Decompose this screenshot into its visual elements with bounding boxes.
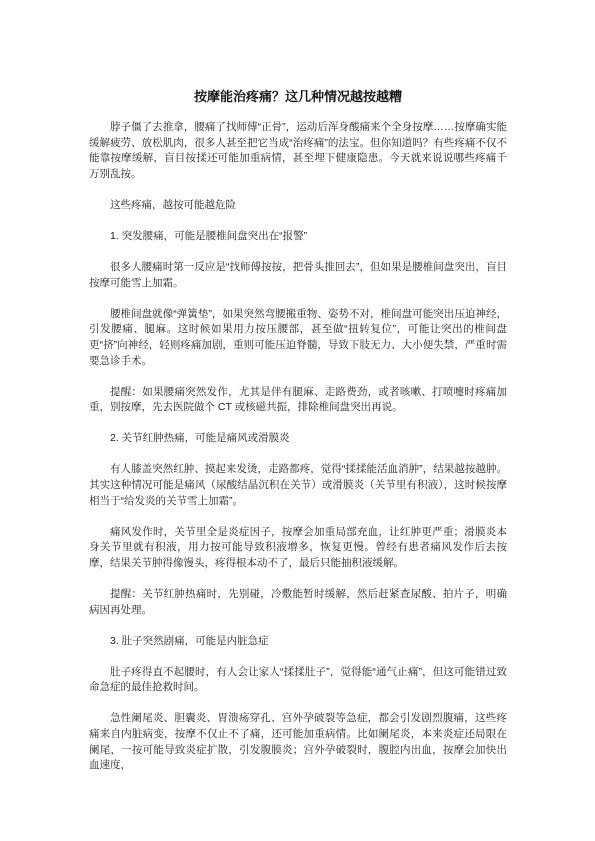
section-list-heading: 这些疼痛，越按可能越危险 xyxy=(89,198,507,214)
document-body: 脖子僵了去推拿，腰痛了找师傅“正骨”，运动后浑身酸痛来个全身按摩……按摩确实能缓… xyxy=(89,120,507,774)
document-title: 按摩能治疼痛？这几种情况越按越糟 xyxy=(89,88,507,105)
section-1-paragraph-1: 很多人腰痛时第一反应是“找师傅按按，把骨头推回去”，但如果是腰椎间盘突出，盲目按… xyxy=(89,260,507,291)
document-page: 按摩能治疼痛？这几种情况越按越糟 脖子僵了去推拿，腰痛了找师傅“正骨”，运动后浑… xyxy=(0,0,595,841)
section-1-tip: 提醒：如果腰痛突然发作，尤其是伴有腿麻、走路费劲，或者咳嗽、打喷嚏时疼痛加重，别… xyxy=(89,385,507,416)
section-2-paragraph-1: 有人膝盖突然红肿、摸起来发烫，走路都疼，觉得“揉揉能活血消肿”，结果越按越肿。其… xyxy=(89,462,507,509)
section-3-heading: 3. 肚子突然剧痛，可能是内脏急症 xyxy=(89,634,507,650)
section-1-heading: 1. 突发腰痛，可能是腰椎间盘突出在“报警” xyxy=(89,229,507,245)
section-1-paragraph-2: 腰椎间盘就像“弹簧垫”，如果突然弯腰搬重物、姿势不对，椎间盘可能突出压迫神经，引… xyxy=(89,307,507,369)
section-2-heading: 2. 关节红肿热痛，可能是痛风或滑膜炎 xyxy=(89,431,507,447)
intro-paragraph: 脖子僵了去推拿，腰痛了找师傅“正骨”，运动后浑身酸痛来个全身按摩……按摩确实能缓… xyxy=(89,120,507,182)
section-3-paragraph-1: 肚子疼得直不起腰时，有人会让家人“揉揉肚子”，觉得能“通气止痛”，但这可能错过致… xyxy=(89,665,507,696)
section-2-paragraph-2: 痛风发作时，关节里全是炎症因子，按摩会加重局部充血，让红肿更严重；滑膜炎本身关节… xyxy=(89,525,507,572)
section-2-tip: 提醒：关节红肿热痛时，先别碰，冷敷能暂时缓解，然后赶紧查尿酸、拍片子，明确病因再… xyxy=(89,587,507,618)
section-3-paragraph-2: 急性阑尾炎、胆囊炎、胃溃疡穿孔、宫外孕破裂等急症，都会引发剧烈腹痛，这些疼痛来自… xyxy=(89,711,507,773)
